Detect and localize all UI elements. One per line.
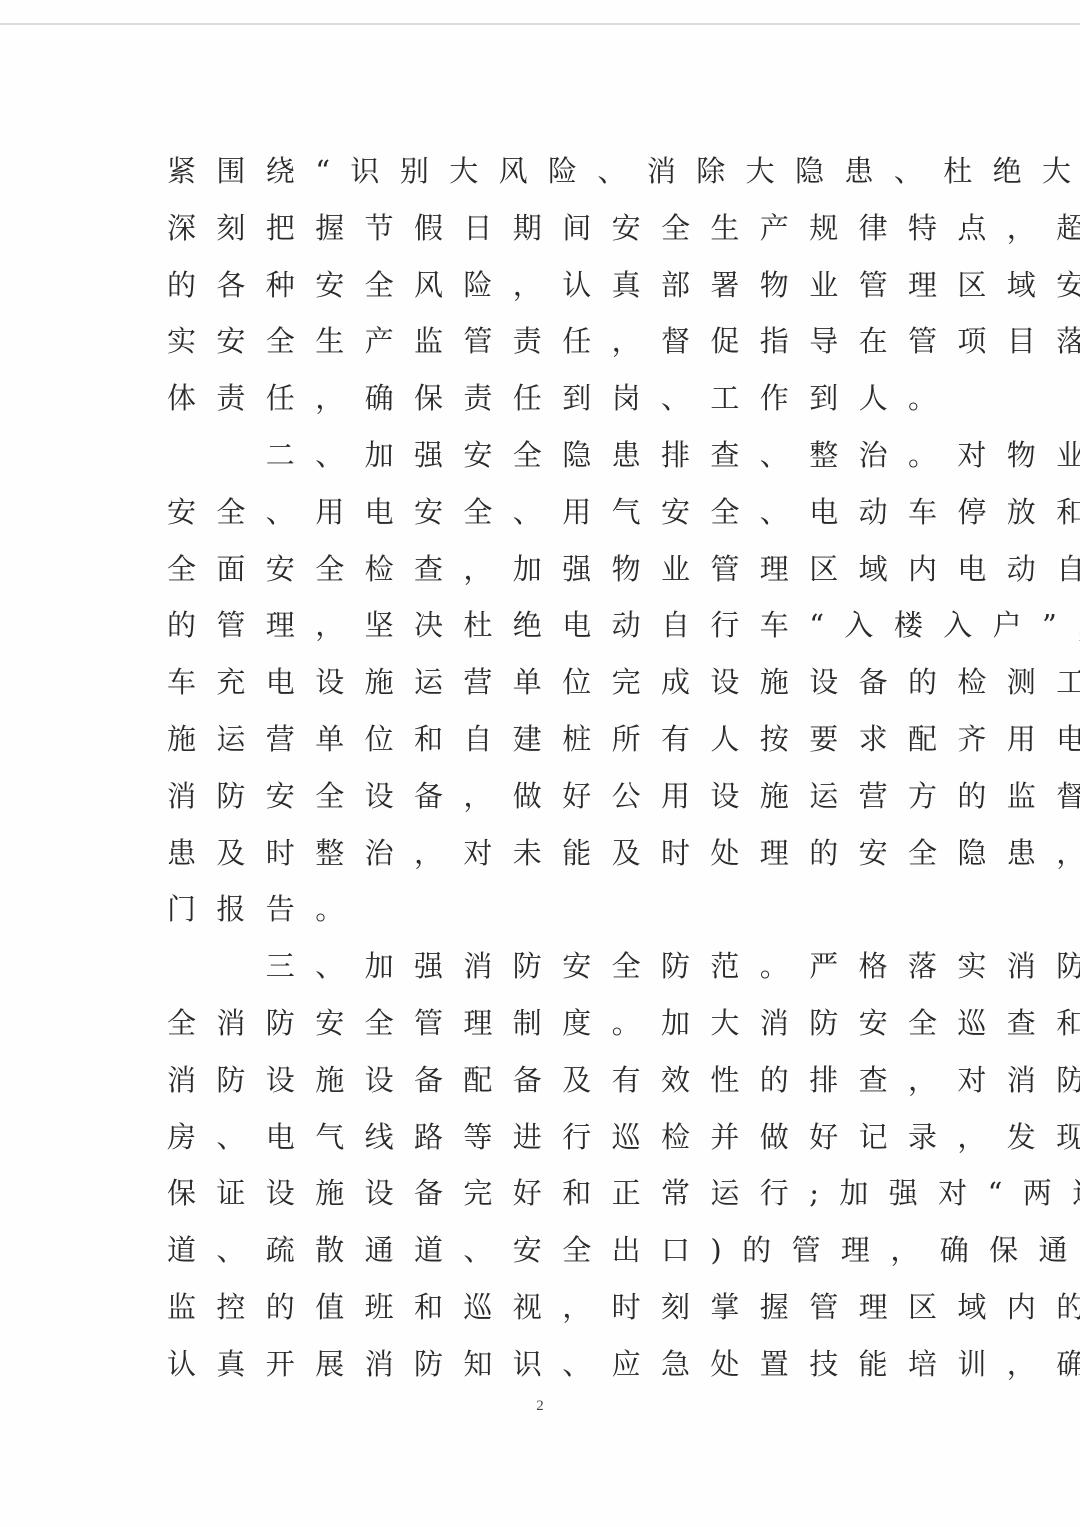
text-line: 认真开展消防知识、应急处置技能培训，确保物业从业人员 (167, 1336, 957, 1393)
text-line: 实安全生产监管责任，督促指导在管项目落实好安全生产主 (167, 313, 957, 370)
text-line: 体责任，确保责任到岗、工作到人。 (167, 370, 957, 427)
text-line: 保证设施设备完好和正常运行;加强对“两道一口”(消防通 (167, 1165, 957, 1222)
text-line: 的各种安全风险，认真部署物业管理区域安全生产工作，落 (167, 257, 957, 314)
text-line: 监控的值班和巡视，时刻掌握管理区域内的消防安全动态； (167, 1279, 957, 1336)
text-line: 患及时整治，对未能及时处理的安全隐患，应及时向相关部 (167, 825, 957, 882)
text-line: 紧围绕“识别大风险、消除大隐患、杜绝大事故”这条主线， (167, 143, 957, 200)
text-line: 施运营单位和自建桩所有人按要求配齐用电安全、治安安全、 (167, 711, 957, 768)
text-line: 消防安全设备，做好公用设施运营方的监督和管理，发现隐 (167, 768, 957, 825)
text-line: 门报告。 (167, 881, 957, 938)
top-divider (0, 23, 1080, 25)
text-line: 的管理，坚决杜绝电动自行车“入楼入户”，督促新能源汽 (167, 597, 957, 654)
text-line: 车充电设施运营单位完成设施设备的检测工作，督促充电设 (167, 654, 957, 711)
text-line: 房、电气线路等进行巡检并做好记录，发现问题及时处理， (167, 1109, 957, 1166)
text-line: 消防设施设备配备及有效性的排查，对消防器材、消防设备 (167, 1052, 957, 1109)
document-page: 紧围绕“识别大风险、消除大隐患、杜绝大事故”这条主线， 深刻把握节假日期间安全生… (0, 0, 1080, 1527)
body-text: 紧围绕“识别大风险、消除大隐患、杜绝大事故”这条主线， 深刻把握节假日期间安全生… (167, 143, 957, 1393)
section-two-heading-line: 二、加强安全隐患排查、整治。对物业管理区域内消防 (167, 427, 957, 484)
text-line: 深刻把握节假日期间安全生产规律特点，超前研判可能出现 (167, 200, 957, 257)
text-line: 全面安全检查，加强物业管理区域内电动自行车停放和充电 (167, 541, 957, 598)
text-line: 安全、用电安全、用气安全、电动车停放和充电管理等进行 (167, 484, 957, 541)
text-line: 道、疏散通道、安全出口)的管理，确保通道畅通;加强消防 (167, 1222, 957, 1279)
page-number: 2 (0, 1398, 1080, 1415)
section-three-heading-line: 三、加强消防安全防范。严格落实消防安全责任制，健 (167, 938, 957, 995)
text-line: 全消防安全管理制度。加大消防安全巡查和检查力度，加强 (167, 995, 957, 1052)
